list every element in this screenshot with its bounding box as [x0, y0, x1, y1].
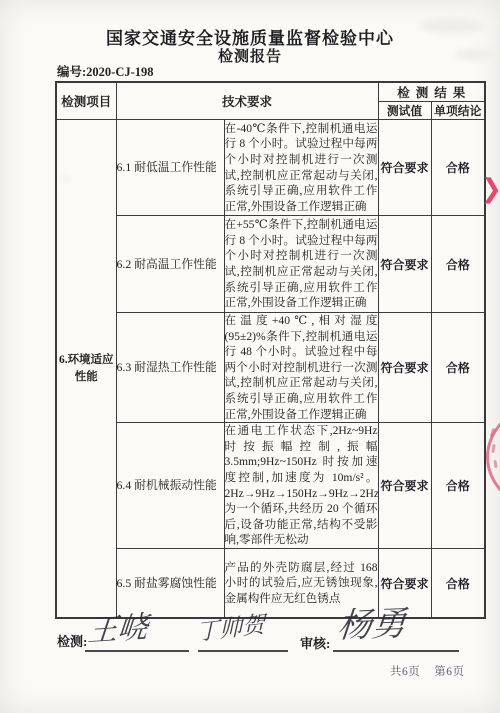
conclusion-value: 合格 [431, 548, 485, 618]
tester-signature-2: 丁帅贺 [196, 606, 265, 648]
column-header-result-group: 检测结果 [378, 82, 485, 102]
column-header-requirement: 技术要求 [116, 82, 378, 120]
test-value: 符合要求 [378, 120, 431, 216]
column-header-item: 检测项目 [56, 82, 116, 120]
category-cell: 6.环境适应性能 [56, 120, 116, 619]
page-indicator: 共6页第6页 [390, 663, 479, 679]
page-total: 共6页 [390, 666, 420, 678]
subitem-name: 6.4 耐机械振动性能 [116, 423, 224, 549]
requirement-text: 在温度+40℃,相对湿度(95±2)%条件下,控制机通电运行 48 个小时。试验… [224, 313, 378, 423]
table-row: 6.3 耐湿热工作性能 在温度+40℃,相对湿度(95±2)%条件下,控制机通电… [56, 313, 485, 423]
table-row: 6.环境适应性能 6.1 耐低温工作性能 在-40℃条件下,控制机通电运行 8 … [56, 120, 485, 216]
signature-line [333, 650, 459, 652]
signature-line [85, 650, 189, 652]
requirement-text: 在通电工作状态下,2Hz~9Hz 时按振幅控制,振幅 3.5mm;9Hz~150… [224, 423, 378, 549]
conclusion-value: 合格 [431, 216, 485, 313]
column-header-conclusion: 单项结论 [431, 102, 485, 120]
report-number: 编号:2020-CJ-198 [57, 62, 154, 80]
tester-signature-1: 王峣 [86, 602, 150, 651]
subitem-name: 6.1 耐低温工作性能 [116, 120, 224, 216]
requirement-text: 在+55℃条件下,控制机通电运行 8 个小时。试验过程中每两个小时对控制机进行一… [224, 216, 378, 313]
signature-line [198, 650, 288, 652]
page-current: 第6页 [434, 666, 464, 678]
conclusion-value: 合格 [431, 120, 485, 216]
conclusion-value: 合格 [431, 313, 485, 423]
test-value: 符合要求 [378, 423, 431, 549]
report-number-value: 2020-CJ-198 [86, 65, 153, 79]
table-row: 6.4 耐机械振动性能 在通电工作状态下,2Hz~9Hz 时按振幅控制,振幅 3… [56, 423, 485, 549]
red-seal-stamp [486, 402, 500, 512]
test-value: 符合要求 [378, 216, 431, 313]
tester-label: 检测: [57, 631, 87, 650]
subitem-name: 6.2 耐高温工作性能 [116, 216, 224, 313]
test-results-table: 检测项目 技术要求 检测结果 测试值 单项结论 6.环境适应性能 6.1 耐低温… [55, 81, 486, 619]
report-number-label: 编号: [57, 65, 86, 79]
reviewer-label: 审核: [300, 633, 330, 652]
requirement-text: 在-40℃条件下,控制机通电运行 8 个小时。试验过程中每两个小时对控制机进行一… [224, 120, 378, 216]
subitem-name: 6.3 耐湿热工作性能 [116, 313, 224, 423]
conclusion-value: 合格 [431, 423, 485, 549]
red-check-mark: ❯ [481, 173, 500, 204]
test-value: 符合要求 [378, 313, 431, 423]
reviewer-signature: 杨勇 [336, 596, 408, 648]
table-row: 6.2 耐高温工作性能 在+55℃条件下,控制机通电运行 8 个小时。试验过程中… [56, 216, 485, 313]
scanned-report-page: 国家交通安全设施质量监督检验中心 检测报告 编号:2020-CJ-198 检测项… [0, 0, 500, 713]
column-header-test-value: 测试值 [378, 102, 431, 120]
